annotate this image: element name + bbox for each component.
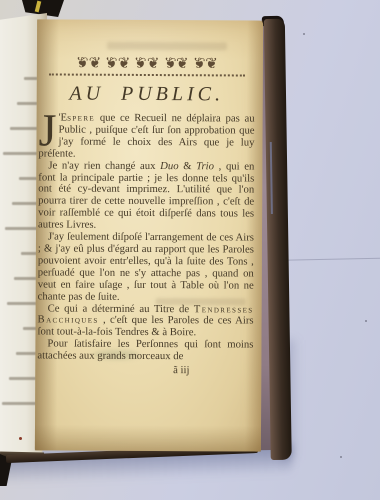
text-segment: Pour ſatisfaire les Perſonnes qui ſont m… — [37, 338, 253, 363]
paragraph: Pour ſatisfaire les Perſonnes qui ſont m… — [37, 339, 253, 364]
ornament-unit: ❦❦ — [74, 54, 103, 72]
text-segment: spere — [67, 112, 95, 124]
ornament-unit: ❦❦ — [103, 54, 132, 72]
signature-mark: ã iij — [73, 364, 289, 377]
ornament-unit: ❦❦ — [132, 54, 161, 72]
page-title: AU PUBLIC. — [39, 81, 255, 106]
photo-background-surface: ❦❦❦❦❦❦❦❦❦❦ AU PUBLIC. J'Espere que ce Re… — [0, 0, 380, 500]
paragraph: Je n'ay rien changé aux Duo & Trio , qui… — [38, 160, 254, 233]
text-segment: & — [179, 160, 197, 172]
printed-content: ❦❦❦❦❦❦❦❦❦❦ AU PUBLIC. J'Espere que ce Re… — [35, 19, 263, 376]
text-segment: Je n'ay rien changé aux — [48, 159, 160, 172]
paragraph: Ce qui a déterminé au Titre de Tendresse… — [37, 303, 253, 340]
text-segment: J'ay ſeulement diſpoſé l'arrangement de … — [38, 231, 254, 303]
ornament-unit: ❦❦ — [191, 54, 220, 72]
drop-cap: J — [38, 115, 53, 145]
paragraph: J'Espere que ce Recueil ne déplaira pas … — [38, 112, 254, 161]
book-page: ❦❦❦❦❦❦❦❦❦❦ AU PUBLIC. J'Espere que ce Re… — [35, 19, 263, 451]
text-segment: , qui en font la principale partie ; je … — [38, 160, 254, 231]
ornament-unit: ❦❦ — [161, 54, 190, 72]
text-segment: Ce qui a déterminé au Titre de — [48, 302, 194, 315]
text-segment: Trio — [196, 160, 214, 172]
headpiece-ornament: ❦❦❦❦❦❦❦❦❦❦ — [49, 55, 245, 76]
paragraph: J'ay ſeulement diſpoſé l'arrangement de … — [38, 231, 254, 304]
page-bottom-shade — [35, 424, 261, 451]
text-segment: Duo — [160, 160, 178, 172]
body-text: J'Espere que ce Recueil ne déplaira pas … — [37, 112, 254, 363]
